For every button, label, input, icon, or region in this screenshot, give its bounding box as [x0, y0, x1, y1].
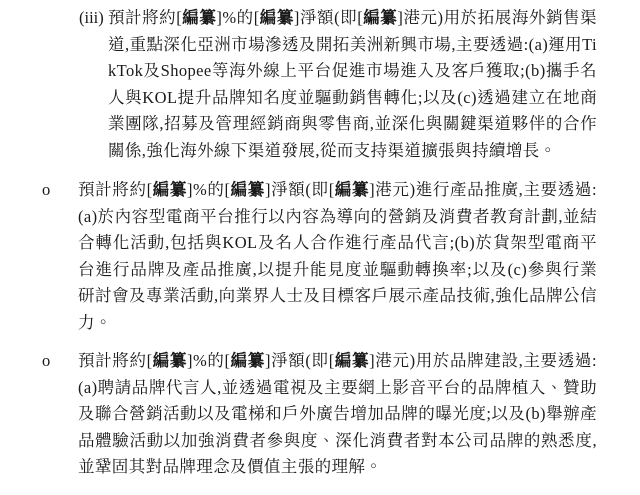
redacted-marker: 編纂 [153, 351, 188, 370]
redacted-marker: 編纂 [335, 351, 370, 370]
text-segment: %的 [193, 180, 225, 199]
paragraph-text: 預計將約[編纂]%的[編纂]淨額(即[編纂]港元)用於品牌建設,主要透過:(a)… [78, 351, 597, 476]
paragraph-text: 預計將約[編纂]%的[編纂]淨額(即[編纂]港元)進行產品推廣,主要透過:(a)… [78, 180, 597, 332]
redacted-marker: 編纂 [363, 8, 397, 27]
text-segment: 預計將約 [108, 8, 176, 27]
text-segment: 港元)進行產品推廣,主要透過:(a)於內容型電商平台推行以內容為導向的營銷及消費… [78, 180, 597, 332]
redacted-marker: 編纂 [230, 180, 265, 199]
bullet-item-brand-building: o 預計將約[編纂]%的[編纂]淨額(即[編纂]港元)用於品牌建設,主要透過:(… [78, 348, 597, 481]
redacted-marker: 編纂 [182, 8, 216, 27]
redacted-marker: 編纂 [153, 180, 188, 199]
redacted-marker: 編纂 [260, 8, 294, 27]
redacted-marker: 編纂 [230, 351, 265, 370]
text-segment: 港元)用於拓展海外銷售渠道,重點深化亞洲市場滲透及開拓美洲新興市場,主要透過:(… [108, 8, 597, 160]
bullet-marker: o [42, 348, 50, 375]
paragraph-text: 預計將約[編纂]%的[編纂]淨額(即[編纂]港元)用於拓展海外銷售渠道,重點深化… [108, 8, 597, 160]
redacted-marker: 編纂 [335, 180, 370, 199]
bullet-item-product-promotion: o 預計將約[編纂]%的[編纂]淨額(即[編纂]港元)進行產品推廣,主要透過:(… [78, 177, 597, 336]
item-marker: (iii) [79, 5, 104, 32]
prospectus-page: (iii) 預計將約[編纂]%的[編纂]淨額(即[編纂]港元)用於拓展海外銷售渠… [0, 0, 640, 495]
text-segment: 淨額(即 [271, 351, 329, 370]
text-segment: 淨額(即 [271, 180, 329, 199]
text-segment: 預計將約 [78, 351, 147, 370]
text-segment: %的 [193, 351, 225, 370]
text-segment: 淨額(即 [300, 8, 357, 27]
list-item-iii: (iii) 預計將約[編纂]%的[編纂]淨額(即[編纂]港元)用於拓展海外銷售渠… [108, 5, 597, 164]
bullet-marker: o [42, 177, 50, 204]
text-segment: %的 [222, 8, 253, 27]
text-segment: 預計將約 [78, 180, 147, 199]
